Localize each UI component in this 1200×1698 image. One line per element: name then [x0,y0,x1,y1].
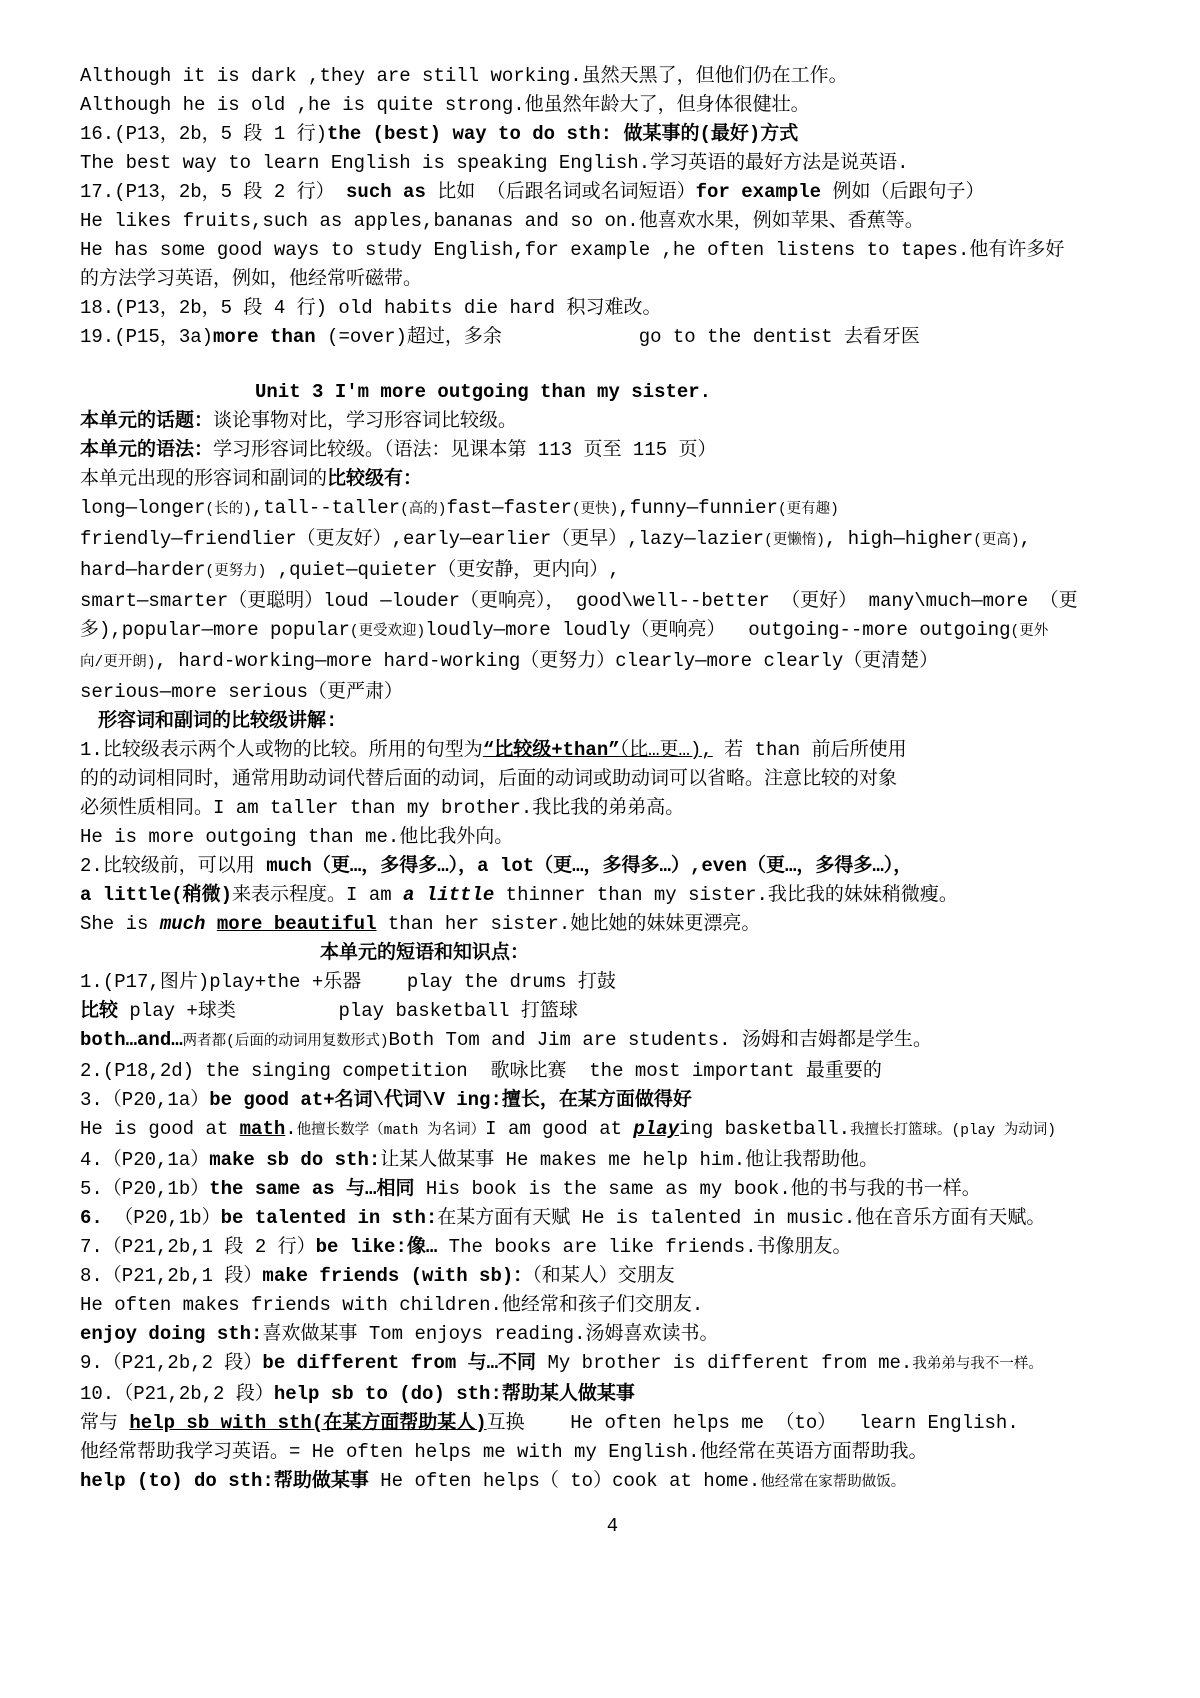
text-segment: play +球类 play basketball 打篮球 [118,1000,578,1022]
text-segment: be talented in sth: [221,1207,438,1229]
line-phrase-4: 4.（P20,1a）make sb do sth:让某人做某事 He makes… [80,1146,1145,1175]
text-segment: ,funny—funnier [618,497,778,519]
text-segment: fast—faster [446,497,571,519]
text-segment: （和某人）交朋友 [532,1265,675,1287]
text-segment: 8.（P21,2b,1 段） [80,1265,262,1287]
text-segment: (长的) [205,502,251,518]
text-segment: (更努力) [205,564,266,580]
text-segment: 让某人做某事 He makes me help him.他让我帮助他。 [380,1149,878,1171]
text-segment: 5.（P20,1b） [80,1178,209,1200]
text-segment: 他经常在家帮助做饭。 [760,1475,905,1491]
line-phrase-1b: 比较 play +球类 play basketball 打篮球 [80,997,1145,1026]
line-phrase-1: 1.(P17,图片)play+the +乐器 play the drums 打鼓 [80,968,1145,997]
text-segment: He often helps（ to）cook at home. [369,1470,760,1492]
text-segment: such as [346,181,437,203]
line-phrase-2: 2.(P18,2d) the singing competition 歌咏比赛 … [80,1057,1145,1086]
section-heading-phrases: 本单元的短语和知识点： [80,939,1145,968]
line-he-likes-fruits: He likes fruits,such as apples,bananas a… [80,207,1145,236]
line-item-19: 19.(P15，3a)more than (=over)超过，多余 go to … [80,323,1145,352]
text-segment: I am good at [485,1118,633,1140]
text-segment: 两者都(后面的动词用复数形式) [183,1034,389,1050]
line-comparatives-4: smart—smarter（更聪明）loud —louder（更响亮）， goo… [80,587,1145,616]
text-segment: Unit 3 I'm more outgoing than my sister. [255,381,711,403]
line-phrase-5: 5.（P20,1b）the same as 与…相同 His book is t… [80,1175,1145,1204]
text-segment: 19.(P15，3a) [80,326,213,348]
line-phrase-9: 9.（P21,2b,2 段）be different from 与…不同 My … [80,1349,1145,1380]
line-phrase-3-example: He is good at math.他擅长数学（math 为名词）I am g… [80,1115,1145,1146]
text-segment: 例如（后跟句子） [832,181,984,203]
text-segment: than her sister.她比她的妹妹更漂亮。 [376,913,760,935]
page-number: 4 [80,1515,1145,1537]
text-segment: ,quiet—quieter（更安静，更内向）, [266,559,619,581]
line-item-16: 16.(P13，2b，5 段 1 行)the (best) way to do … [80,120,1145,149]
line-comparatives-5: 多),popular—more popular(更受欢迎)loudly—more… [80,616,1145,647]
text-segment: He has some good ways to study English,f… [80,239,1064,261]
text-segment: The best way to learn English is speakin… [80,152,909,174]
line-note-1a: 1.比较级表示两个人或物的比较。所用的句型为“比较级+than”（比…更…), … [80,736,1145,765]
line-phrase-10b: 常与 help sb with sth(在某方面帮助某人)互换 He often… [80,1409,1145,1438]
line-note-2c: She is much more beautiful than her sist… [80,910,1145,939]
text-segment: 本单元出现的形容词和副词的 [80,468,327,490]
text-segment: The books are like friends.书像朋友。 [437,1236,851,1258]
line-good-ways-1: He has some good ways to study English,f… [80,236,1145,265]
text-segment: He likes fruits,such as apples,bananas a… [80,210,924,232]
line-comparatives-6: 向/更开朗), hard-working—more hard-working（更… [80,647,1145,678]
text-segment: help sb with sth(在某方面帮助某人) [129,1412,486,1434]
line-item-18: 18.(P13，2b，5 段 4 行) old habits die hard … [80,294,1145,323]
text-segment: 7.（P21,2b,1 段 2 行） [80,1236,316,1258]
text-segment: help (to) do sth:帮助做某事 [80,1470,369,1492]
text-segment: loudly—more loudly（更响亮） outgoing--more o… [425,619,1010,641]
text-segment: 他擅长数学（math 为名词） [297,1123,486,1139]
text-segment: long—longer [80,497,205,519]
text-segment: 常与 [80,1412,129,1434]
line-comparative-intro: 本单元出现的形容词和副词的比较级有： [80,465,1145,494]
text-segment: 本单元的短语和知识点： [320,942,529,964]
text-segment: 本单元的语法： [80,439,213,461]
text-segment: (更懒惰) [764,533,825,549]
line-comparatives-3: hard—harder(更努力) ,quiet—quieter（更安静，更内向）… [80,556,1145,587]
line-note-1b: 的的动词相同时，通常用助动词代替后面的动词，后面的动词或助动词可以省略。注意比较… [80,765,1145,794]
line-comparatives-7: serious—more serious（更严肃） [80,678,1145,707]
text-segment: be like:像… [316,1236,438,1258]
text-segment: (更有趣) [778,502,839,518]
text-segment: (更受欢迎) [350,624,425,640]
text-segment: 在某方面有天赋 He is talented in music.他在音乐方面有天… [437,1207,1045,1229]
text-segment: 比较级有： [327,468,422,490]
text-segment: much（更…，多得多…），a lot（更…，多得多…）,even（更…，多得多… [266,855,912,877]
text-segment: thinner than my sister.我比我的妹妹稍微瘦。 [494,884,958,906]
text-segment: the (best) way to do sth: 做某事的(最好)方式 [327,123,798,145]
text-segment: 形容词和副词的比较级讲解: [98,710,337,732]
text-segment: , high—higher [825,528,973,550]
line-unit-topic: 本单元的话题：谈论事物对比，学习形容词比较级。 [80,407,1145,436]
text-segment: 他经常帮助我学习英语。= He often helps me with my E… [80,1441,927,1463]
text-segment: 的的动词相同时，通常用助动词代替后面的动词，后面的动词或助动词可以省略。注意比较… [80,768,897,790]
text-segment: 喜欢做某事 Tom enjoys reading.汤姆喜欢读书。 [262,1323,718,1345]
text-segment: 我弟弟与我不一样。 [912,1357,1043,1373]
line-note-2a: 2.比较级前，可以用 much（更…，多得多…），a lot（更…，多得多…）,… [80,852,1145,881]
text-segment: enjoy doing sth: [80,1323,262,1345]
text-segment: help sb to (do) sth:帮助某人做某事 [274,1383,635,1405]
text-segment: more beautiful [217,913,377,935]
line-note-1c: 必须性质相同。I am taller than my brother.我比我的弟… [80,794,1145,823]
text-segment: 比较 [80,1000,118,1022]
text-segment: He is good at [80,1118,240,1140]
document-lines: Although it is dark ,they are still work… [80,62,1145,1498]
text-segment: 6. [80,1207,103,1229]
text-segment: (更高) [973,533,1019,549]
text-segment: make sb do sth: [209,1149,380,1171]
text-segment: 向/更开朗) [80,655,155,671]
text-segment: 2.(P18,2d) the singing competition 歌咏比赛 … [80,1060,882,1082]
line-phrase-7: 7.（P21,2b,1 段 2 行）be like:像… The books a… [80,1233,1145,1262]
line-note-1d: He is more outgoing than me.他比我外向。 [80,823,1145,852]
text-segment: both…and… [80,1029,183,1051]
text-segment: 互换 He often helps me （to） learn English. [487,1412,1019,1434]
text-segment: 本单元的话题： [80,410,213,432]
text-segment: She is [80,913,160,935]
text-segment: smart—smarter（更聪明）loud —louder（更响亮）， goo… [80,590,1078,612]
text-segment: 16.(P13，2b，5 段 1 行) [80,123,327,145]
text-segment: 1.比较级表示两个人或物的比较。所用的句型为 [80,739,483,761]
text-segment: Both Tom and Jim are students. 汤姆和吉姆都是学生… [389,1029,932,1051]
text-segment: be different from 与…不同 [262,1352,536,1374]
text-segment: Although it is dark ,they are still work… [80,65,848,87]
text-segment: be good at+名词\代词\V ing:擅长，在某方面做得好 [209,1089,692,1111]
document-page: Although it is dark ,they are still work… [0,0,1200,1698]
text-segment: （比…更…), [620,739,713,761]
text-segment [205,913,216,935]
text-segment: (更快) [572,502,618,518]
line-phrase-3: 3.（P20,1a）be good at+名词\代词\V ing:擅长，在某方面… [80,1086,1145,1115]
text-segment: Although he is old ,he is quite strong.他… [80,94,810,116]
text-segment: more than [213,326,327,348]
section-heading-comparative-notes: 形容词和副词的比较级讲解: [80,707,1145,736]
text-segment: 1.(P17,图片)play+the +乐器 play the drums 打鼓 [80,971,616,993]
text-segment: ,tall--taller [252,497,400,519]
text-segment: 18.(P13，2b，5 段 4 行) old habits die hard … [80,297,661,319]
text-segment: 9.（P21,2b,2 段） [80,1352,262,1374]
text-segment: much [160,913,206,935]
line-phrase-6: 6. （P20,1b）be talented in sth:在某方面有天赋 He… [80,1204,1145,1233]
line-unit-grammar: 本单元的语法：学习形容词比较级。（语法：见课本第 113 页至 115 页） [80,436,1145,465]
line-good-ways-2: 的方法学习英语，例如，他经常听磁带。 [80,265,1145,294]
text-segment: friendly—friendlier（更友好）,early—earlier（更… [80,528,764,550]
line-comparatives-2: friendly—friendlier（更友好）,early—earlier（更… [80,525,1145,556]
line-note-2b: a little(稍微)来表示程度。I am a little thinner … [80,881,1145,910]
text-segment: for example [696,181,833,203]
text-segment: “比较级+than” [483,739,620,761]
unit-3-title: Unit 3 I'm more outgoing than my sister. [80,378,1145,407]
text-segment: play [633,1118,679,1140]
text-segment: He often makes friends with children.他经常… [80,1294,703,1316]
text-segment: His book is the same as my book.他的书与我的书一… [414,1178,980,1200]
line-phrase-10c: 他经常帮助我学习英语。= He often helps me with my E… [80,1438,1145,1467]
text-segment: a little [403,884,494,906]
text-segment: 的方法学习英语，例如，他经常听磁带。 [80,268,422,290]
text-segment: 4.（P20,1a） [80,1149,209,1171]
text-segment: hard—harder [80,559,205,581]
text-segment: 2.比较级前，可以用 [80,855,266,877]
text-segment: . [285,1118,296,1140]
line-phrase-help-do: help (to) do sth:帮助做某事 He often helps（ t… [80,1467,1145,1498]
text-segment: the same as 与…相同 [209,1178,414,1200]
text-segment: math [240,1118,286,1140]
line-phrase-both-and: both…and…两者都(后面的动词用复数形式)Both Tom and Jim… [80,1026,1145,1057]
text-segment: （P20,1b） [103,1207,221,1229]
text-segment: He is more outgoing than me.他比我外向。 [80,826,513,848]
line-phrase-10: 10.（P21,2b,2 段）help sb to (do) sth:帮助某人做… [80,1380,1145,1409]
text-segment: serious—more serious（更严肃） [80,681,403,703]
line-best-way-example: The best way to learn English is speakin… [80,149,1145,178]
text-segment: 谈论事物对比，学习形容词比较级。 [213,410,517,432]
text-segment: 必须性质相同。I am taller than my brother.我比我的弟… [80,797,684,819]
text-segment: 3.（P20,1a） [80,1089,209,1111]
text-segment: 17.(P13，2b，5 段 2 行） [80,181,346,203]
line-item-17: 17.(P13，2b，5 段 2 行） such as 比如 （后跟名词或名词短… [80,178,1145,207]
text-segment: a little(稍微) [80,884,232,906]
text-segment: 学习形容词比较级。（语法：见课本第 113 页至 115 页） [213,439,717,461]
line-phrase-enjoy: enjoy doing sth:喜欢做某事 Tom enjoys reading… [80,1320,1145,1349]
text-segment: , [1020,528,1031,550]
line-phrase-8-example: He often makes friends with children.他经常… [80,1291,1145,1320]
text-segment: (高的) [400,502,446,518]
line-comparatives-1: long—longer(长的),tall--taller(高的)fast—fas… [80,494,1145,525]
line-phrase-8: 8.（P21,2b,1 段）make friends (with sb)：（和某… [80,1262,1145,1291]
text-segment: (=over)超过，多余 go to the dentist 去看牙医 [327,326,920,348]
text-segment: 比如 （后跟名词或名词短语） [437,181,695,203]
text-segment: ing basketball. [679,1118,850,1140]
text-segment: 多),popular—more popular [80,619,350,641]
text-segment: My brother is different from me. [536,1352,912,1374]
text-segment: 若 than 前后所使用 [713,739,907,761]
text-segment: 来表示程度。I am [232,884,403,906]
text-segment: (更外 [1011,624,1049,640]
line-although-dark: Although it is dark ,they are still work… [80,62,1145,91]
line-although-old: Although he is old ,he is quite strong.他… [80,91,1145,120]
text-segment: , hard-working—more hard-working（更努力）cle… [155,650,938,672]
text-segment: 我擅长打篮球。(play 为动词) [850,1123,1056,1139]
text-segment: make friends (with sb)： [262,1265,532,1287]
text-segment: 10.（P21,2b,2 段） [80,1383,274,1405]
